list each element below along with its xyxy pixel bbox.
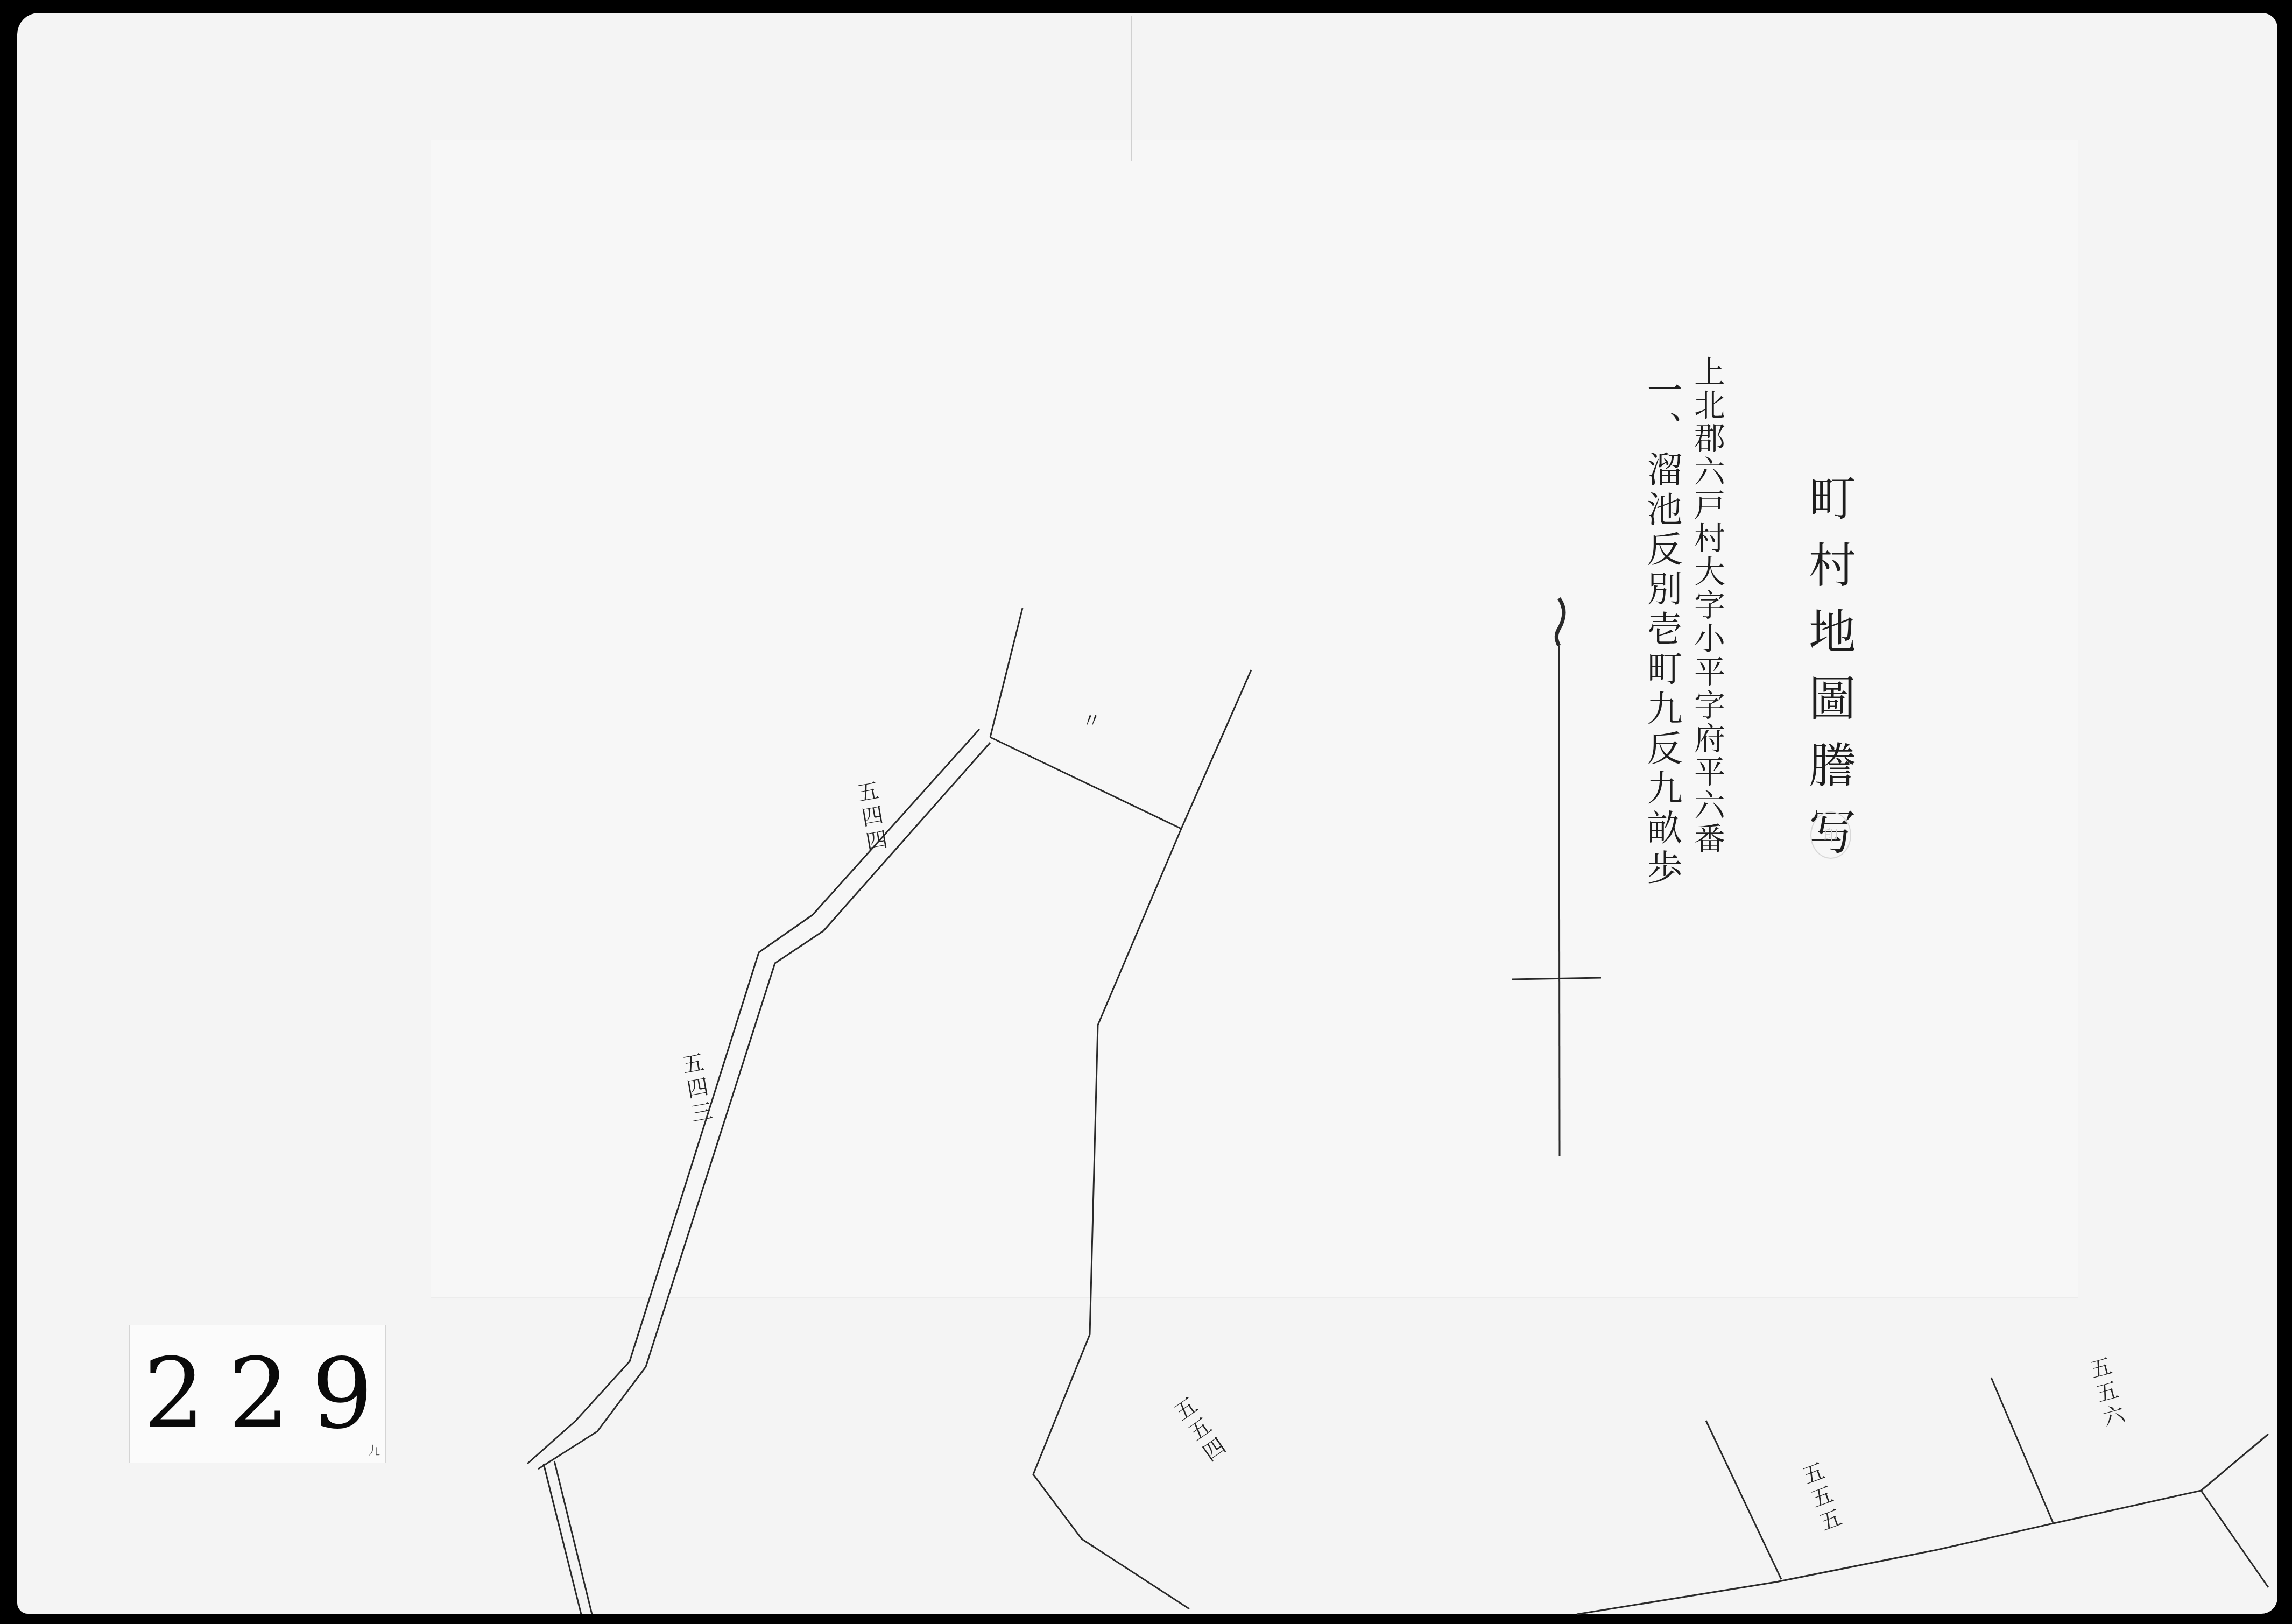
- index-tag-digit: 2: [218, 1325, 300, 1463]
- north-arrow-shaft: [1559, 646, 1560, 1156]
- index-digit: 2: [228, 1338, 290, 1450]
- channel-line-outer: [527, 729, 979, 1464]
- boundary-line: [1577, 1491, 2201, 1614]
- channel-line: [554, 1461, 592, 1614]
- index-tag-digit: 9九: [299, 1325, 386, 1463]
- boundary-line: [1991, 1378, 2053, 1523]
- boundary-line: [2201, 1491, 2268, 1587]
- north-arrow-crossbar: [1512, 978, 1601, 979]
- ditto-mark: 〃: [1076, 710, 1104, 733]
- address-text: 上北郡六戸村大字小平字府平六番: [1684, 355, 1730, 856]
- north-arrow-head: [1556, 598, 1564, 646]
- index-digit: 2: [143, 1338, 205, 1450]
- boundary-line: [990, 608, 1022, 737]
- channel-line: [544, 1464, 581, 1614]
- channel-line-inner: [538, 743, 990, 1469]
- index-digit: 9: [312, 1338, 373, 1450]
- index-sub-mark: 九: [368, 1442, 380, 1458]
- boundary-line: [2201, 1434, 2268, 1491]
- boundary-line: [1706, 1421, 1781, 1579]
- seal-stamp-icon: 印: [1810, 811, 1851, 859]
- boundary-line: [990, 737, 1181, 829]
- index-tag-digit: 2: [129, 1325, 219, 1463]
- area-note: 一、溜池反別壱町九反九畝歩: [1636, 371, 1687, 889]
